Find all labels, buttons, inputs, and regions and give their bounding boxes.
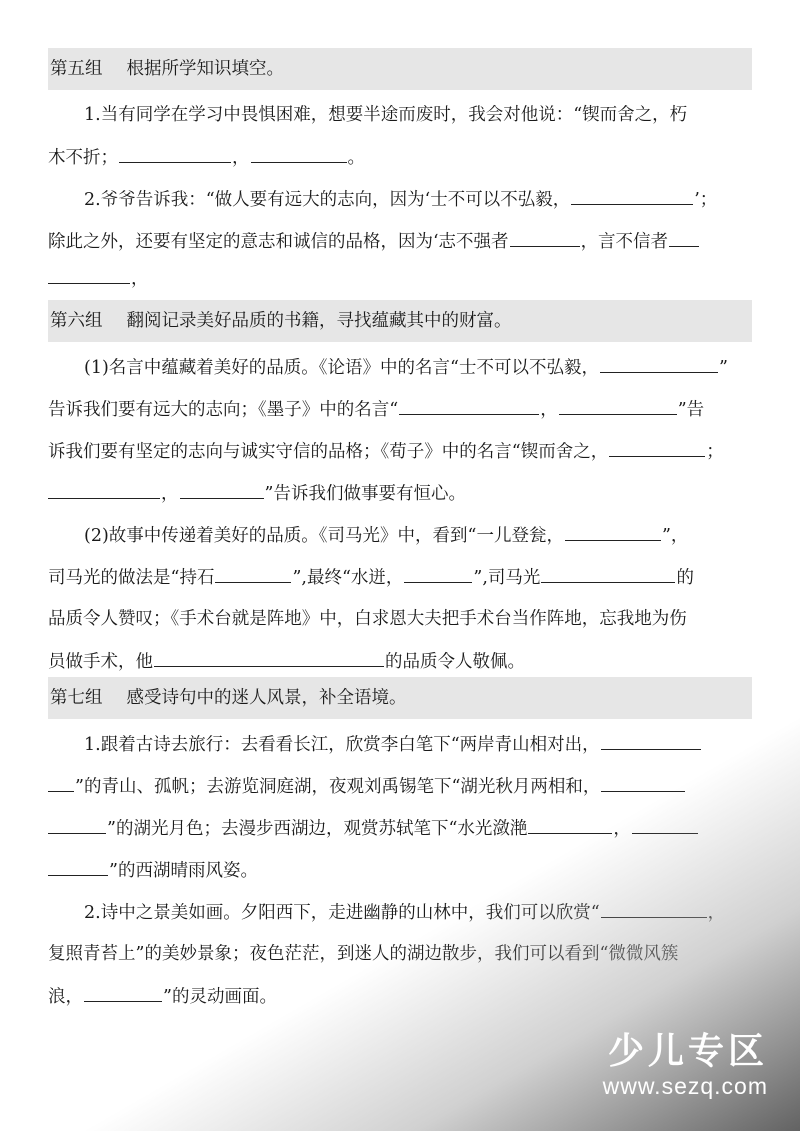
answer-blank[interactable] (154, 649, 384, 667)
group7-q1-line3: ”的湖光月色；去漫步西湖边，观赏苏轼笔下“水光潋滟， (48, 816, 752, 841)
group6-header: 第六组翻阅记录美好品质的书籍，寻找蕴藏其中的财富。 (48, 300, 752, 342)
answer-blank[interactable] (601, 774, 685, 792)
watermark: 少儿专区 www.sezq.com (603, 1032, 768, 1100)
answer-blank[interactable] (48, 816, 106, 834)
group5-q2-line2: 除此之外，还要有坚定的意志和诚信的品格，因为‘志不强者，言不信者 (48, 229, 752, 254)
group7-header: 第七组感受诗句中的迷人风景，补全语境。 (48, 677, 752, 719)
group5-header: 第五组根据所学知识填空。 (48, 48, 752, 90)
answer-blank[interactable] (559, 397, 677, 415)
answer-blank[interactable] (48, 481, 160, 499)
answer-blank[interactable] (510, 229, 580, 247)
answer-blank[interactable] (119, 145, 231, 163)
answer-blank[interactable] (632, 816, 698, 834)
answer-blank[interactable] (180, 481, 264, 499)
answer-blank[interactable] (669, 229, 699, 247)
group6-p2-line3: 品质令人赞叹；《手术台就是阵地》中，白求恩大夫把手术台当作阵地，忘我地为伤 (48, 607, 752, 631)
group5-q2-line1: 2.爷爷告诉我：“做人要有远大的志向，因为‘士不可以不弘毅，’； (48, 187, 752, 212)
group5-title: 第五组 (50, 59, 103, 79)
group7-q2-line2: 复照青苔上”的美妙景象；夜色茫茫，到迷人的湖边散步，我们可以看到“微微风簇 (48, 942, 752, 966)
group7-q2-line1: 2.诗中之景美如画。夕阳西下，走进幽静的山林中，我们可以欣赏“， (48, 900, 752, 925)
group6-p1-line3: 诉我们要有坚定的志向与诚实守信的品格；《荀子》中的名言“锲而舍之，； (48, 439, 752, 464)
answer-blank[interactable] (601, 900, 707, 918)
group5-instruction: 根据所学知识填空。 (127, 59, 285, 79)
group5-q1-line1: 1.当有同学在学习中畏惧困难，想要半途而废时，我会对他说：“锲而舍之，朽 (48, 103, 752, 127)
answer-blank[interactable] (601, 732, 701, 750)
answer-blank[interactable] (565, 523, 661, 541)
group6-p1-line4: ，”告诉我们做事要有恒心。 (48, 481, 752, 506)
group7-q2-line3: 浪，”的灵动画面。 (48, 984, 752, 1009)
group7-title: 第七组 (50, 688, 103, 708)
group7-q1-line1: 1.跟着古诗去旅行：去看看长江，欣赏李白笔下“两岸青山相对出， (48, 732, 752, 757)
answer-blank[interactable] (48, 858, 108, 876)
group6-p2-line2: 司马光的做法是“持石”,最终“水迸，”,司马光的 (48, 565, 752, 590)
answer-blank[interactable] (404, 565, 472, 583)
group6-instruction: 翻阅记录美好品质的书籍，寻找蕴藏其中的财富。 (127, 311, 512, 331)
answer-blank[interactable] (609, 439, 705, 457)
group5-q1-line2: 木不折；，。 (48, 145, 752, 170)
answer-blank[interactable] (571, 187, 693, 205)
group6-p1-line1: (1)名言中蕴藏着美好的品质。《论语》中的名言“士不可以不弘毅，” (48, 355, 752, 380)
watermark-url: www.sezq.com (603, 1072, 768, 1100)
answer-blank[interactable] (600, 355, 718, 373)
answer-blank[interactable] (48, 774, 74, 792)
answer-blank[interactable] (528, 816, 612, 834)
answer-blank[interactable] (215, 565, 291, 583)
group6-p2-line4: 员做手术，他的品质令人敬佩。 (48, 649, 752, 674)
group6-p1-line2: 告诉我们要有远大的志向；《墨子》中的名言“，”告 (48, 397, 752, 422)
watermark-brand: 少儿专区 (603, 1032, 768, 1072)
answer-blank[interactable] (399, 397, 539, 415)
group7-q1-line2: ”的青山、孤帆；去游览洞庭湖，夜观刘禹锡笔下“湖光秋月两相和， (48, 774, 752, 799)
group5-q2-line3: ， (48, 266, 752, 291)
group7-q1-line4: ”的西湖晴雨风姿。 (48, 858, 752, 883)
answer-blank[interactable] (84, 984, 162, 1002)
answer-blank[interactable] (251, 145, 347, 163)
answer-blank[interactable] (48, 266, 130, 284)
group6-title: 第六组 (50, 311, 103, 331)
answer-blank[interactable] (541, 565, 675, 583)
group7-instruction: 感受诗句中的迷人风景，补全语境。 (127, 688, 407, 708)
group6-p2-line1: (2)故事中传递着美好的品质。《司马光》中，看到“一儿登瓮，”， (48, 523, 752, 548)
